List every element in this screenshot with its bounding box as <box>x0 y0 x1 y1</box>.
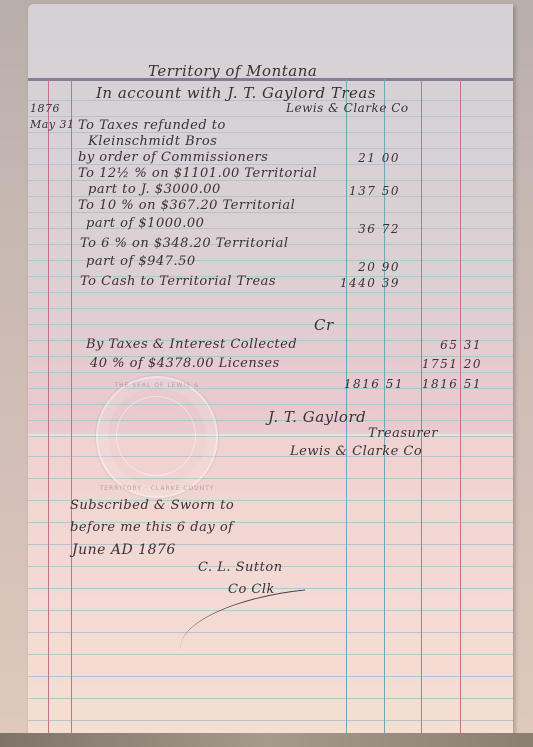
ruled-line <box>28 324 513 325</box>
ruled-line <box>28 116 513 117</box>
credit-entry-line: 40 % of $4378.00 Licenses <box>90 356 280 371</box>
debit-entry-line: part to J. $3000.00 <box>88 182 221 197</box>
attestation-line: before me this 6 day of <box>70 520 234 535</box>
debit-amount: 36 72 <box>350 222 400 236</box>
ruled-line <box>28 676 513 677</box>
column-line-debit-left <box>346 79 347 734</box>
account-line: In account with J. T. Gaylord Treas <box>96 84 376 102</box>
ledger-document: Territory of Montana In account with J. … <box>28 4 513 734</box>
credit-entry-line: By Taxes & Interest Collected <box>86 337 297 352</box>
margin-line-date <box>71 79 72 734</box>
debit-total: 1816 51 <box>330 377 404 391</box>
entry-year: 1876 <box>30 102 60 115</box>
ruled-line <box>28 372 513 373</box>
ruled-line <box>28 292 513 293</box>
debit-amount: 1440 39 <box>330 276 400 290</box>
clerk-signature: C. L. Sutton <box>198 560 283 575</box>
treasurer-title: Treasurer <box>368 426 438 441</box>
debit-entry-line: To 10 % on $367.20 Territorial <box>78 198 295 213</box>
debit-amount: 20 90 <box>350 260 400 274</box>
debit-entry-line: part of $1000.00 <box>86 216 204 231</box>
treasurer-county: Lewis & Clarke Co <box>290 444 422 459</box>
entry-date: May 31 <box>30 118 75 131</box>
credit-amount: 65 31 <box>424 338 482 352</box>
ruled-line <box>28 308 513 309</box>
column-line-debit-cents <box>384 79 385 734</box>
debit-amount: 137 50 <box>340 184 400 198</box>
seal-top-text: THE SEAL OF LEWIS & <box>98 382 216 389</box>
credit-amount: 1751 20 <box>406 357 482 371</box>
debit-entry-line: part of $947.50 <box>86 254 196 269</box>
embossed-seal: THE SEAL OF LEWIS & TERRITORY · CLARKE C… <box>96 376 218 498</box>
treasurer-signature: J. T. Gaylord <box>268 408 366 426</box>
debit-entry-line: To Cash to Territorial Treas <box>80 274 276 289</box>
ruled-line <box>28 654 513 655</box>
debit-entry-line: To 12½ % on $1101.00 Territorial <box>78 166 317 181</box>
credit-total: 1816 51 <box>408 377 482 391</box>
column-line-credit-cents <box>460 79 461 734</box>
ruled-line <box>28 698 513 699</box>
seal-bottom-text: TERRITORY · CLARKE COUNTY <box>98 485 216 492</box>
seal-emblem <box>116 396 196 476</box>
table-surface <box>0 733 533 747</box>
document-heading: Territory of Montana <box>148 62 317 80</box>
debit-entry-line: Kleinschmidt Bros <box>88 134 217 149</box>
debit-entry-line: by order of Commissioners <box>78 150 268 165</box>
debit-amount: 21 00 <box>350 151 400 165</box>
debit-entry-line: To Taxes refunded to <box>78 118 226 133</box>
ruled-line <box>28 404 513 405</box>
column-line-credit-left <box>421 79 422 734</box>
debit-entry-line: To 6 % on $348.20 Territorial <box>80 236 289 251</box>
ruled-line <box>28 720 513 721</box>
attestation-line: Subscribed & Sworn to <box>70 498 234 513</box>
credit-header: Cr <box>314 316 334 334</box>
margin-line-year <box>48 79 49 734</box>
attestation-line: June AD 1876 <box>72 542 176 558</box>
ruled-line <box>28 478 513 479</box>
county-line: Lewis & Clarke Co <box>286 101 409 115</box>
